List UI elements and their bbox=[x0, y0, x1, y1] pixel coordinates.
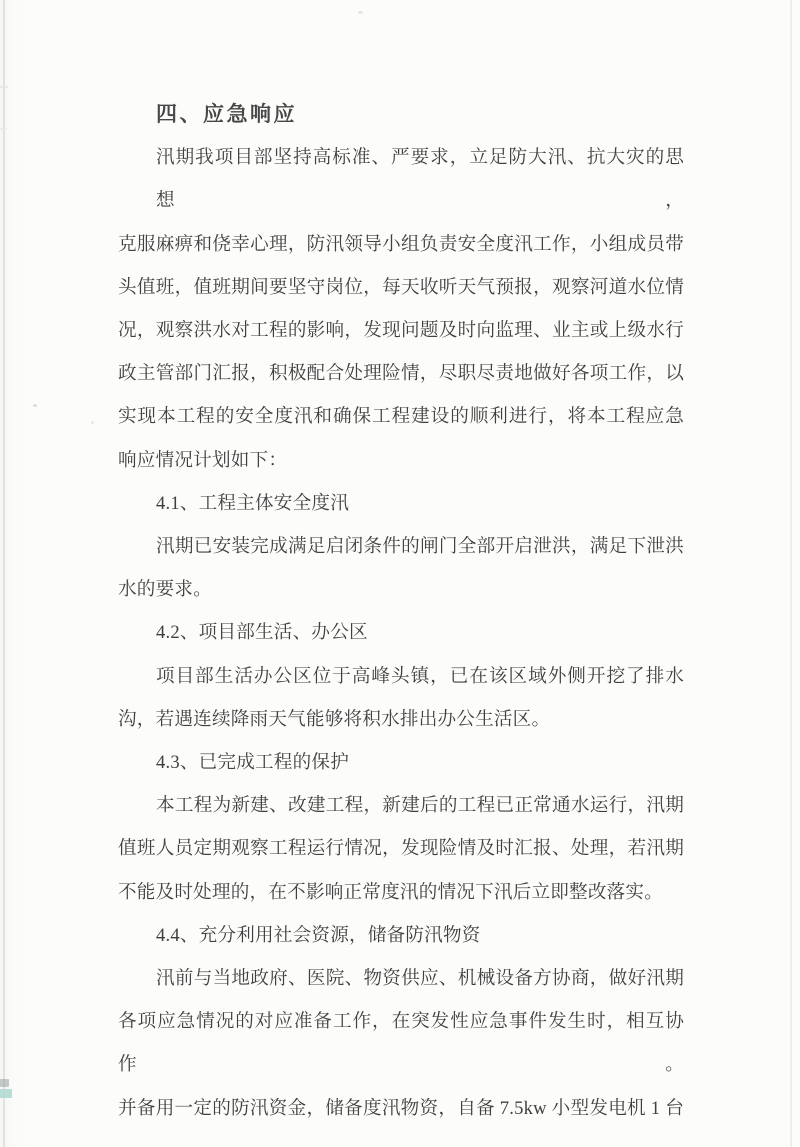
text-line: 克服麻痹和侥幸心理，防汛领导小组负责安全度汛工作，小组成员带 bbox=[118, 223, 684, 266]
scan-speck bbox=[91, 421, 94, 424]
text-line: 实现本工程的安全度汛和确保工程建设的顺利进行，将本工程应急 bbox=[118, 395, 684, 438]
section-heading-4-3: 4.3、已完成工程的保护 bbox=[118, 741, 684, 784]
text-line: 水的要求。 bbox=[118, 568, 684, 611]
document-page: 四、应急响应 汛期我项目部坚持高标准、严要求，立足防大汛、抗大灾的思想， 克服麻… bbox=[0, 0, 800, 1147]
text-line: 项目部生活办公区位于高峰头镇，已在该区域外侧开挖了排水 bbox=[118, 655, 684, 698]
text-line: 不能及时处理的，在不影响正常度汛的情况下汛后立即整改落实。 bbox=[118, 871, 684, 914]
scan-mark-teal bbox=[0, 1089, 12, 1098]
text-line: 头值班，值班期间要坚守岗位，每天收听天气预报，观察河道水位情 bbox=[118, 266, 684, 309]
text-line: 沟，若遇连续降雨天气能够将积水排出办公生活区。 bbox=[118, 698, 684, 741]
text-line: 各项应急情况的对应准备工作，在突发性应急事件发生时，相互协作。 bbox=[118, 1000, 684, 1086]
scan-streak bbox=[0, 86, 8, 88]
text-line: 况，观察洪水对工程的影响，发现问题及时向监理、业主或上级水行 bbox=[118, 309, 684, 352]
text-line: 汛期已安装完成满足启闭条件的闸门全部开启泄洪，满足下泄洪 bbox=[118, 525, 684, 568]
page-title: 四、应急响应 bbox=[118, 93, 684, 136]
scan-mark-gray bbox=[0, 1079, 9, 1087]
section-heading-4-4: 4.4、充分利用社会资源，储备防汛物资 bbox=[118, 914, 684, 957]
text-line: 响应情况计划如下： bbox=[118, 439, 684, 482]
text-line: 汛前与当地政府、医院、物资供应、机械设备方协商，做好汛期 bbox=[118, 957, 684, 1000]
document-body: 四、应急响应 汛期我项目部坚持高标准、严要求，立足防大汛、抗大灾的思想， 克服麻… bbox=[118, 93, 684, 1130]
scan-edge-right bbox=[790, 0, 792, 1147]
scan-edge-left bbox=[3, 0, 5, 1147]
text-line: 并备用一定的防汛资金，储备度汛物资，自备 7.5kw 小型发电机 1 台 bbox=[118, 1087, 684, 1130]
text-line: 本工程为新建、改建工程，新建后的工程已正常通水运行，汛期 bbox=[118, 784, 684, 827]
scan-speck bbox=[33, 404, 37, 407]
section-heading-4-1: 4.1、工程主体安全度汛 bbox=[118, 482, 684, 525]
text-line: 汛期我项目部坚持高标准、严要求，立足防大汛、抗大灾的思想， bbox=[118, 136, 684, 222]
scan-streak bbox=[0, 128, 7, 130]
section-heading-4-2: 4.2、项目部生活、办公区 bbox=[118, 611, 684, 654]
scan-speck bbox=[358, 11, 363, 14]
text-line: 值班人员定期观察工程运行情况，发现险情及时汇报、处理，若汛期 bbox=[118, 827, 684, 870]
text-line: 政主管部门汇报，积极配合处理险情，尽职尽责地做好各项工作，以 bbox=[118, 352, 684, 395]
